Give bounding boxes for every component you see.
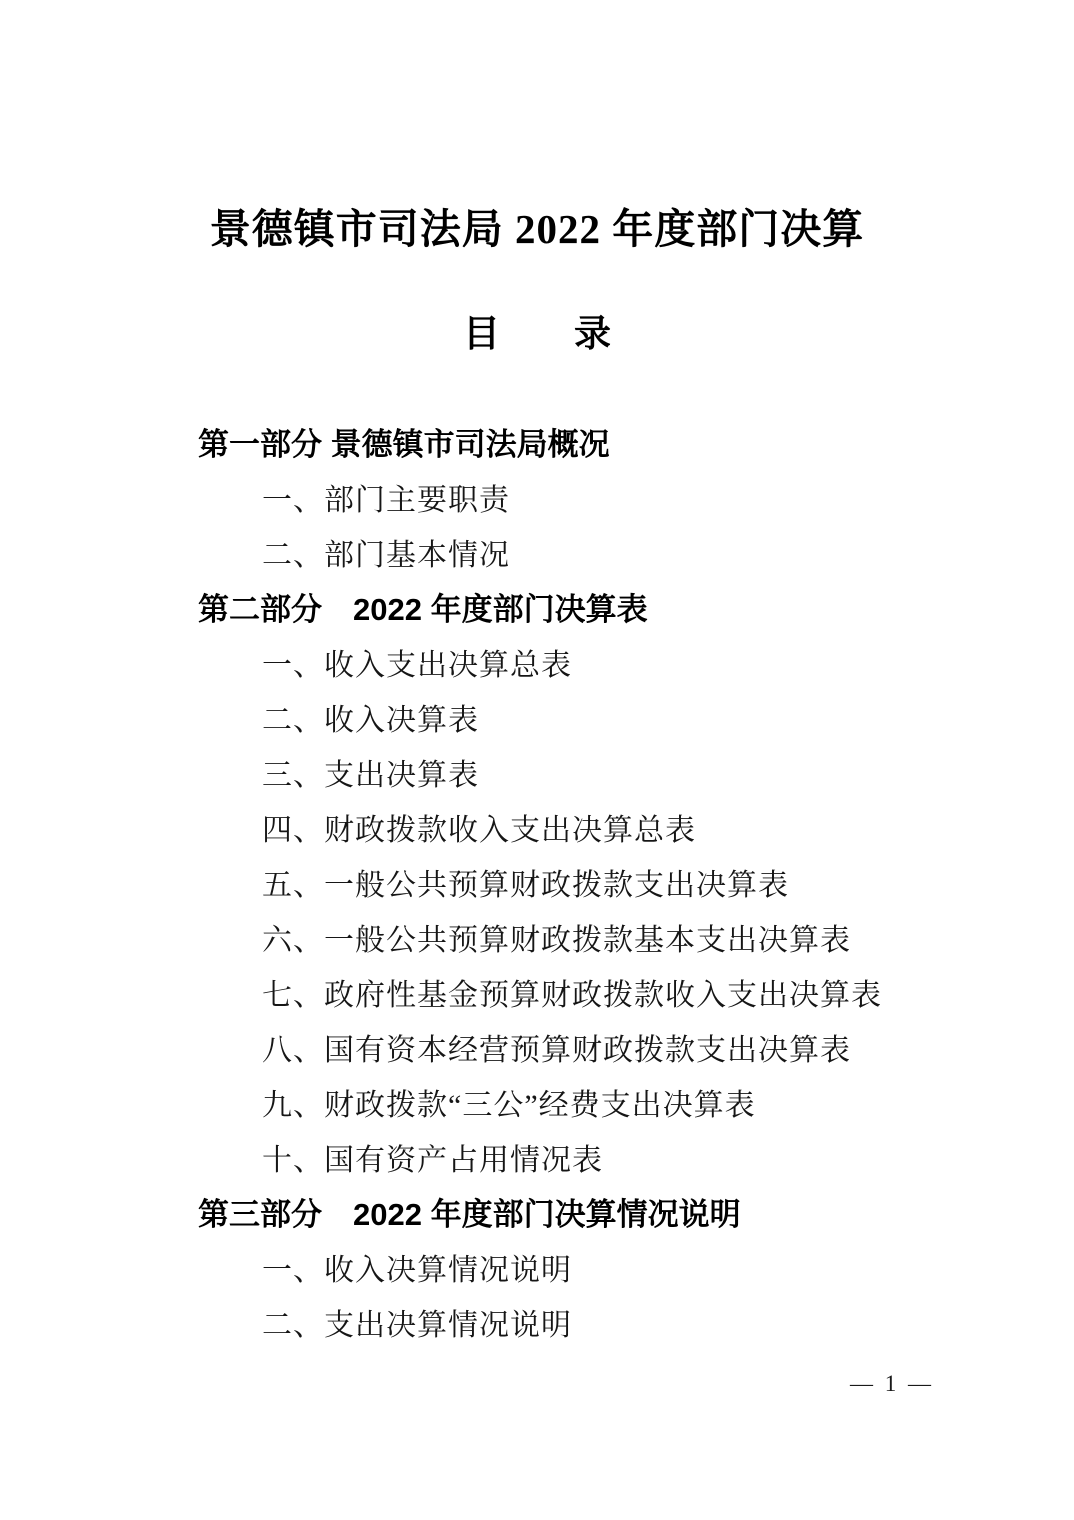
toc-item: 一、收入决算情况说明 [0, 1239, 1074, 1294]
toc-item: 九、财政拨款“三公”经费支出决算表 [0, 1074, 1074, 1129]
toc-item: 二、收入决算表 [0, 689, 1074, 744]
toc-section-heading-part3: 第三部分 2022 年度部门决算情况说明 [0, 1184, 1074, 1239]
toc-item: 十、国有资产占用情况表 [0, 1129, 1074, 1184]
document-title: 景德镇市司法局 2022 年度部门决算 [0, 196, 1074, 255]
toc-item: 四、财政拨款收入支出决算总表 [0, 799, 1074, 854]
toc-item: 三、支出决算表 [0, 744, 1074, 799]
toc-item: 一、收入支出决算总表 [0, 634, 1074, 689]
toc-section-heading-part1: 第一部分 景德镇市司法局概况 [0, 414, 1074, 469]
table-of-contents: 第一部分 景德镇市司法局概况 一、部门主要职责 二、部门基本情况 第二部分 20… [0, 414, 1074, 1349]
toc-item: 二、支出决算情况说明 [0, 1294, 1074, 1349]
toc-item: 七、政府性基金预算财政拨款收入支出决算表 [0, 964, 1074, 1019]
toc-item: 一、部门主要职责 [0, 469, 1074, 524]
toc-item: 五、一般公共预算财政拨款支出决算表 [0, 854, 1074, 909]
toc-item: 二、部门基本情况 [0, 524, 1074, 579]
document-page: 景德镇市司法局 2022 年度部门决算 目 录 第一部分 景德镇市司法局概况 一… [0, 0, 1074, 1520]
page-number: — 1 — [0, 1371, 1074, 1397]
toc-item: 六、一般公共预算财政拨款基本支出决算表 [0, 909, 1074, 964]
toc-section-heading-part2: 第二部分 2022 年度部门决算表 [0, 579, 1074, 634]
toc-item: 八、国有资本经营预算财政拨款支出决算表 [0, 1019, 1074, 1074]
toc-heading: 目 录 [0, 303, 1074, 357]
